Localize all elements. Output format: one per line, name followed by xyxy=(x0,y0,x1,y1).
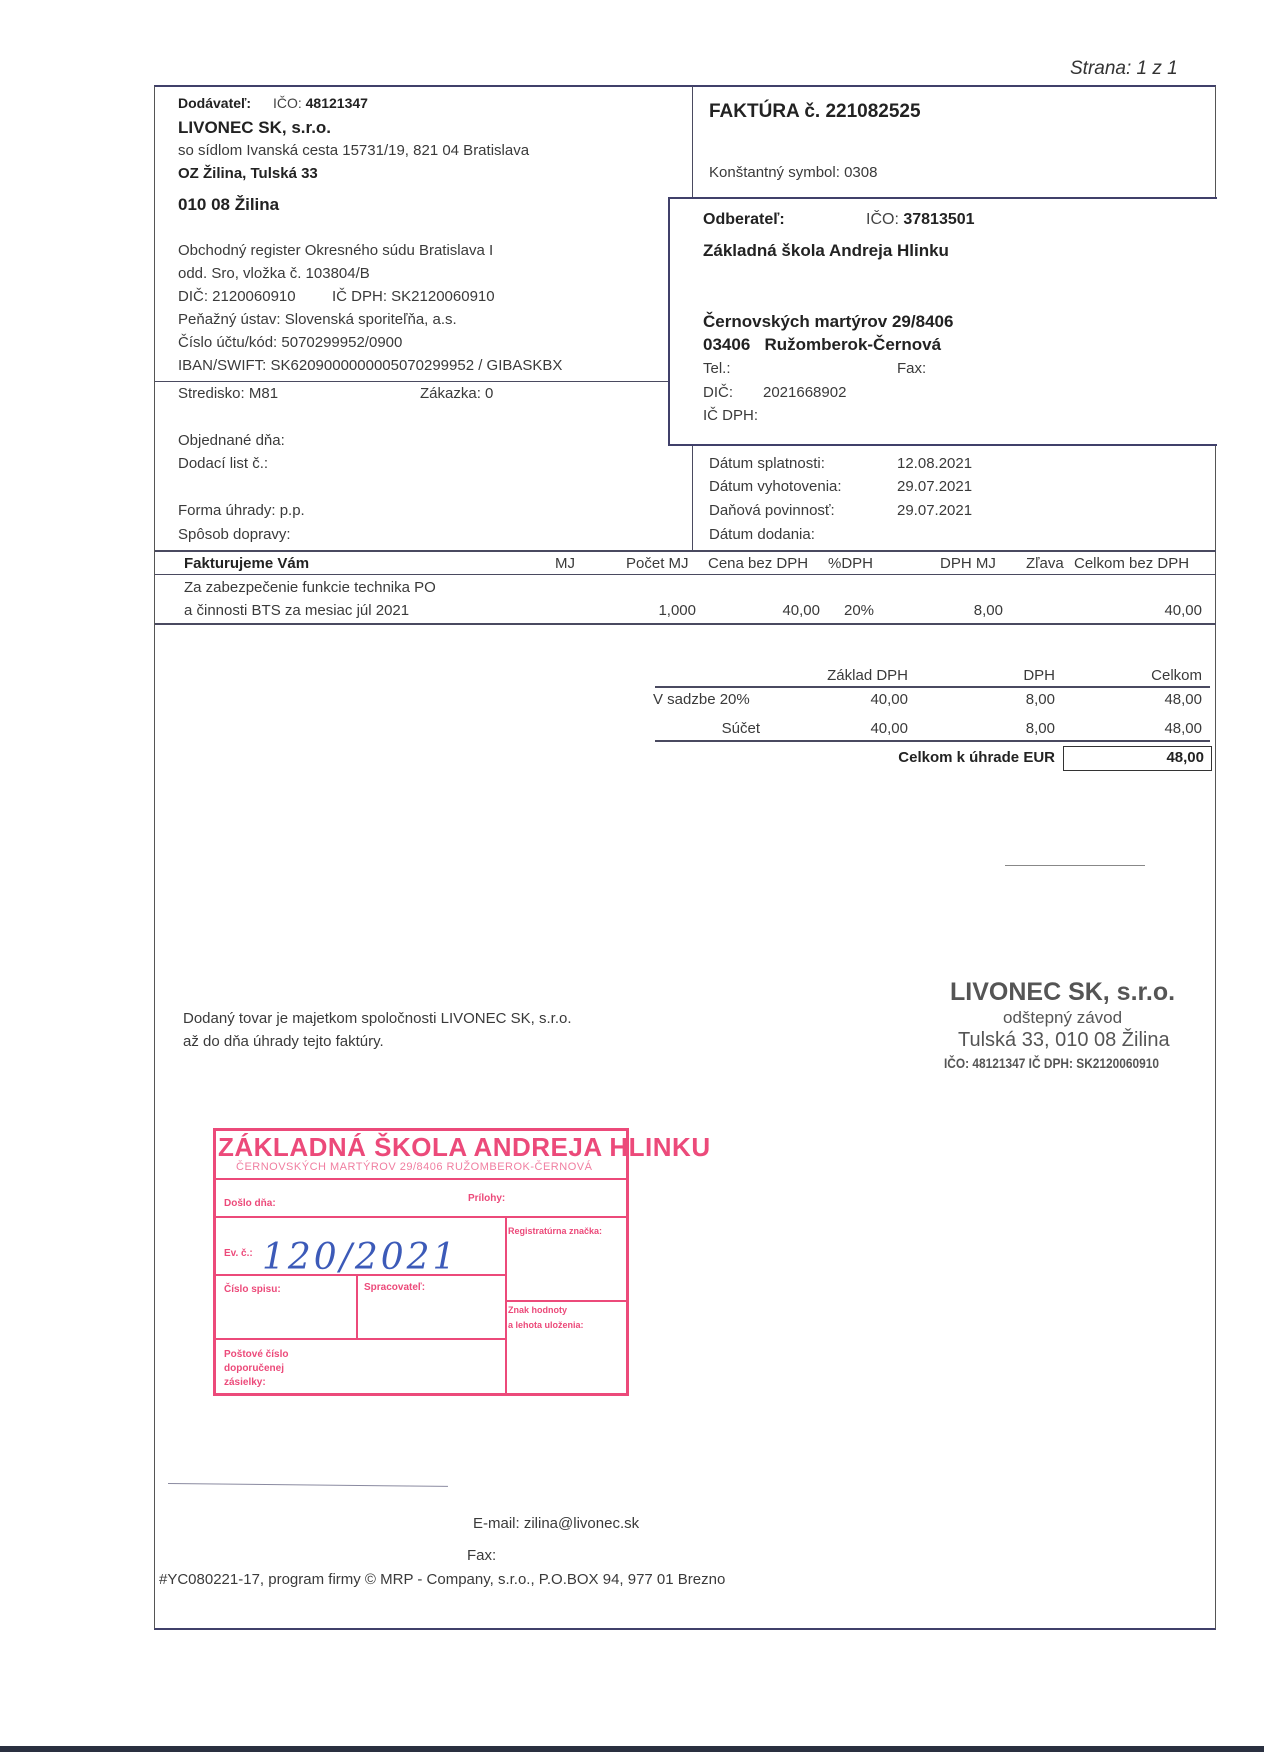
seal-company-name: LIVONEC SK, s.r.o. xyxy=(950,978,1175,1007)
stamp-ev-handwritten: 120/2021 xyxy=(262,1237,458,1278)
col-vat-pct: %DPH xyxy=(828,555,873,572)
supplier-name: LIVONEC SK, s.r.o. xyxy=(178,118,331,138)
due-date-label: Dátum splatnosti: xyxy=(709,455,825,472)
item-price: 40,00 xyxy=(720,602,820,619)
supplier-branch: OZ Žilina, Tulská 33 xyxy=(178,165,318,182)
stamp-processor-label: Spracovateľ: xyxy=(364,1282,425,1293)
buyer-fax-label: Fax: xyxy=(897,360,926,377)
col-unit: MJ xyxy=(555,555,575,572)
divider xyxy=(692,86,693,198)
table-bottom-rule xyxy=(155,623,1216,625)
tax-date-label: Daňová povinnosť: xyxy=(709,502,835,519)
divider xyxy=(155,381,668,382)
col-price: Cena bez DPH xyxy=(708,555,808,572)
stamp-ev-label: Ev. č.: xyxy=(224,1248,253,1259)
supplier-iban: IBAN/SWIFT: SK6209000000005070299952 / G… xyxy=(178,357,562,374)
issue-date-value: 29.07.2021 xyxy=(897,478,972,495)
buyer-dic: 2021668902 xyxy=(763,384,846,401)
supplier-icdph: IČ DPH: SK2120060910 xyxy=(332,288,495,305)
col-vat-unit: DPH MJ xyxy=(940,555,996,572)
footer-program: #YC080221-17, program firmy © MRP - Comp… xyxy=(159,1571,725,1588)
supplier-register-entry: odd. Sro, vložka č. 103804/B xyxy=(178,265,370,282)
item-vat-unit: 8,00 xyxy=(903,602,1003,619)
summary-total-rule xyxy=(655,740,1210,742)
buyer-ico: 37813501 xyxy=(903,211,974,228)
buyer-city: 03406 Ružomberok-Černová xyxy=(703,335,941,355)
divider xyxy=(692,446,693,550)
summary-sum-base: 40,00 xyxy=(808,720,908,737)
table-header-rule xyxy=(155,574,1216,575)
table-top-rule xyxy=(155,550,1216,552)
grand-total-label: Celkom k úhrade EUR xyxy=(800,749,1055,766)
grand-total-value: 48,00 xyxy=(1102,749,1204,766)
seal-line-1: odštepný závod xyxy=(1003,1008,1122,1028)
contract: Zákazka: 0 xyxy=(420,385,493,402)
stamp-postal-2: doporučenej xyxy=(224,1363,284,1374)
stamp-postal-3: zásielky: xyxy=(224,1377,266,1388)
stamp-subtitle: ČERNOVSKÝCH MARTÝROV 29/8406 RUŽOMBEROK-… xyxy=(236,1161,592,1173)
summary-sum-total: 48,00 xyxy=(1102,720,1202,737)
summary-row-vat: 8,00 xyxy=(955,691,1055,708)
ownership-note-line-2: až do dňa úhrady tejto faktúry. xyxy=(183,1033,384,1050)
col-total: Celkom bez DPH xyxy=(1074,555,1189,572)
page-number: Strana: 1 z 1 xyxy=(1070,58,1178,80)
ownership-note-line-1: Dodaný tovar je majetkom spoločnosti LIV… xyxy=(183,1010,572,1027)
buyer-tel-label: Tel.: xyxy=(703,360,731,377)
stamp-received-label: Došlo dňa: xyxy=(224,1198,276,1209)
col-description: Fakturujeme Vám xyxy=(184,555,309,572)
summary-row-base: 40,00 xyxy=(808,691,908,708)
summary-header-rule xyxy=(655,686,1210,688)
supplier-bank: Peňažný ústav: Slovenská sporiteľňa, a.s… xyxy=(178,311,457,328)
summary-col-base: Základ DPH xyxy=(778,667,908,684)
summary-sum-label: Súčet xyxy=(660,720,760,737)
supplier-dic: DIČ: 2120060910 xyxy=(178,288,296,305)
summary-row-total: 48,00 xyxy=(1102,691,1202,708)
item-description-line-2: a činnosti BTS za mesiac júl 2021 xyxy=(184,602,409,619)
delivery-date-label: Dátum dodania: xyxy=(709,526,815,543)
supplier-label: Dodávateľ: xyxy=(178,95,251,111)
footer-email: E-mail: zilina@livonec.sk xyxy=(473,1515,639,1532)
item-quantity: 1,000 xyxy=(596,602,696,619)
summary-col-total: Celkom xyxy=(1102,667,1202,684)
stamp-attachments-label: Prílohy: xyxy=(468,1193,505,1204)
invoice-title: FAKTÚRA č. 221082525 xyxy=(709,101,921,123)
supplier-ico: 48121347 xyxy=(306,95,368,111)
cost-center: Stredisko: M81 xyxy=(178,385,278,402)
seal-line-2: Tulská 33, 010 08 Žilina xyxy=(958,1029,1170,1052)
supplier-city: 010 08 Žilina xyxy=(178,195,279,215)
stamp-retention-label-1: Znak hodnoty xyxy=(508,1305,567,1315)
stamp-retention-label-2: a lehota uloženia: xyxy=(508,1320,584,1330)
transport-method: Spôsob dopravy: xyxy=(178,526,291,543)
buyer-ico-label: IČO: xyxy=(866,211,899,228)
footer-fax: Fax: xyxy=(467,1547,496,1564)
supplier-account: Číslo účtu/kód: 5070299952/0900 xyxy=(178,334,402,351)
delivery-note: Dodací list č.: xyxy=(178,455,268,472)
col-quantity: Počet MJ xyxy=(626,555,689,572)
supplier-ico-label: IČO: xyxy=(273,95,302,111)
buyer-icdph-label: IČ DPH: xyxy=(703,407,758,424)
signature-line xyxy=(1005,865,1145,866)
constant-symbol: Konštantný symbol: 0308 xyxy=(709,164,877,181)
buyer-dic-label: DIČ: xyxy=(703,384,733,401)
item-vat-pct: 20% xyxy=(844,602,874,619)
item-description-line-1: Za zabezpečenie funkcie technika PO xyxy=(184,579,436,596)
scan-edge xyxy=(0,1746,1264,1752)
item-total: 40,00 xyxy=(1102,602,1202,619)
col-discount: Zľava xyxy=(1026,555,1064,572)
supplier-register: Obchodný register Okresného súdu Bratisl… xyxy=(178,242,493,259)
payment-form: Forma úhrady: p.p. xyxy=(178,502,305,519)
summary-col-vat: DPH xyxy=(955,667,1055,684)
summary-row-label: V sadzbe 20% xyxy=(653,691,750,708)
summary-sum-vat: 8,00 xyxy=(955,720,1055,737)
stamp-title: ZÁKLADNÁ ŠKOLA ANDREJA HLINKU xyxy=(218,1132,711,1163)
buyer-name: Základná škola Andreja Hlinku xyxy=(703,241,949,261)
stamp-file-label: Číslo spisu: xyxy=(224,1284,281,1295)
buyer-street: Černovských martýrov 29/8406 xyxy=(703,312,953,332)
ordered-date: Objednané dňa: xyxy=(178,432,285,449)
buyer-label: Odberateľ: xyxy=(703,211,785,228)
stamp-postal-1: Poštové číslo xyxy=(224,1349,288,1360)
issue-date-label: Dátum vyhotovenia: xyxy=(709,478,842,495)
seal-line-3: IČO: 48121347 IČ DPH: SK2120060910 xyxy=(944,1055,1159,1071)
stamp-registry-label: Registratúrna značka: xyxy=(508,1226,602,1236)
due-date-value: 12.08.2021 xyxy=(897,455,972,472)
supplier-seat: so sídlom Ivanská cesta 15731/19, 821 04… xyxy=(178,142,529,159)
tax-date-value: 29.07.2021 xyxy=(897,502,972,519)
